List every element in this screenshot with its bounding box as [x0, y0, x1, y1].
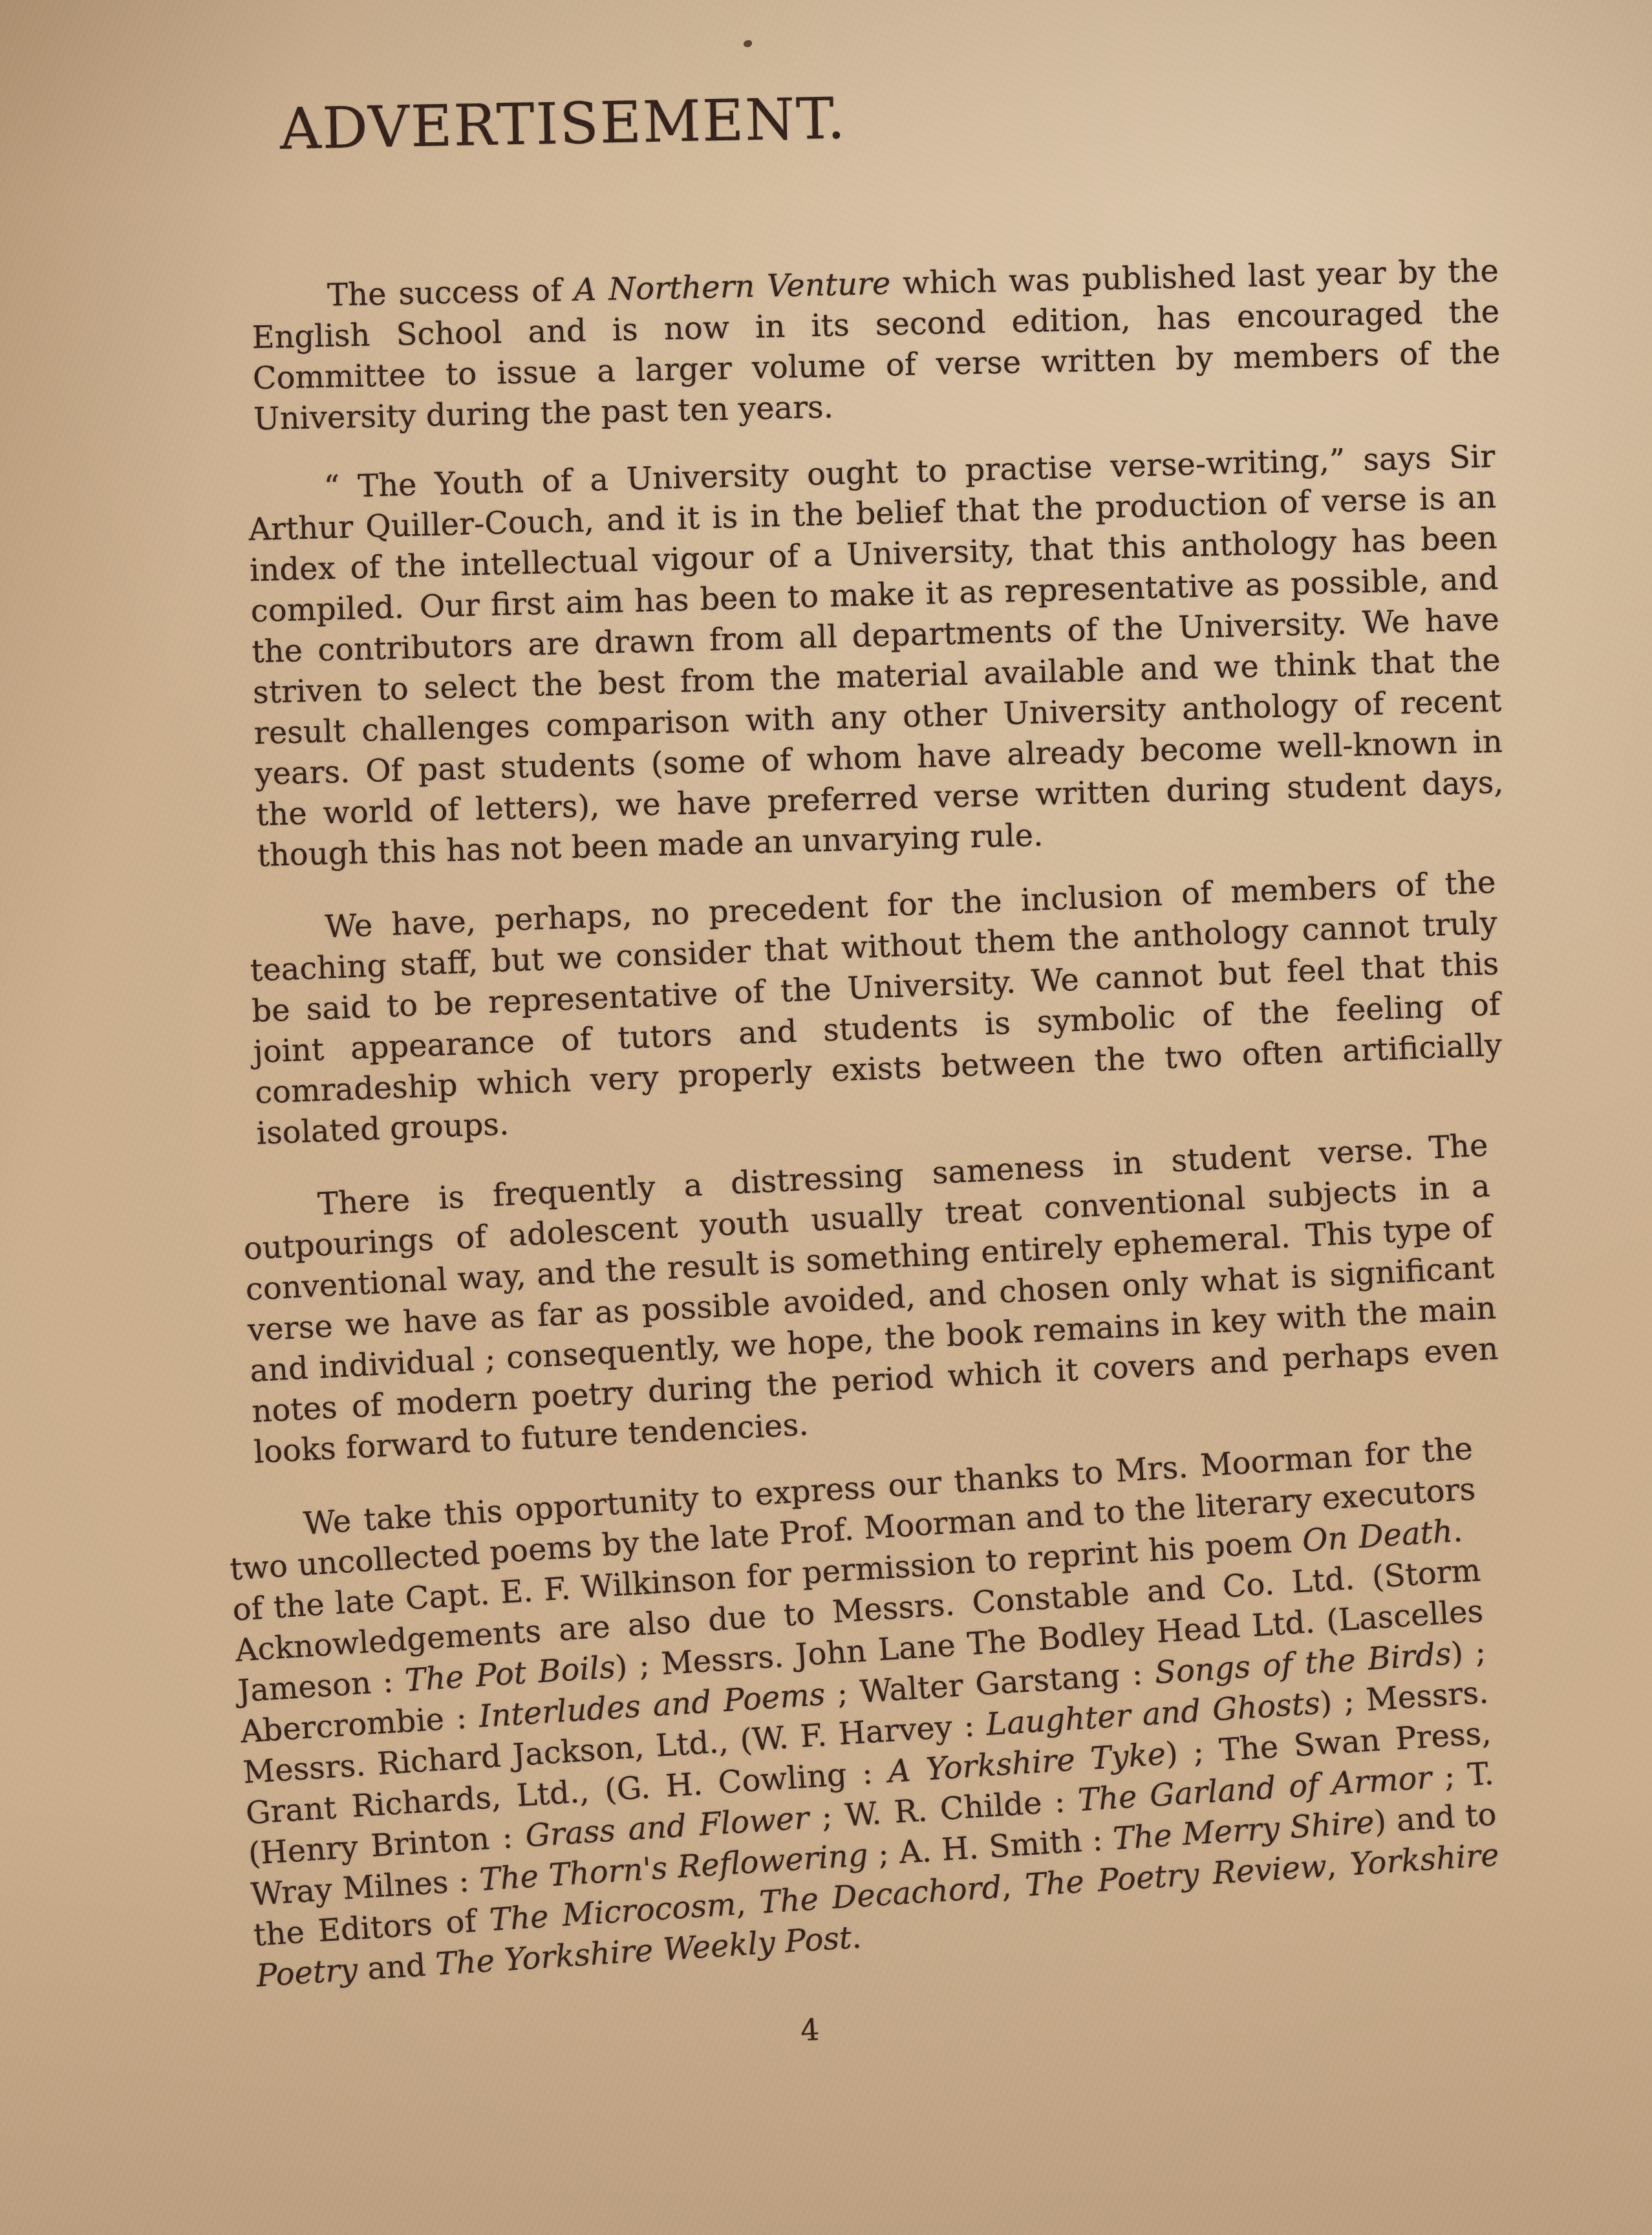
page-number: 4 [799, 2012, 820, 2048]
book-page: ADVERTISEMENT. The success of A Northern… [0, 0, 1652, 2235]
page-title: ADVERTISEMENT. [279, 85, 847, 162]
ink-speck [744, 40, 752, 47]
advertisement-text: The success of A Northern Venture which … [252, 264, 1500, 1982]
paragraph-1: The success of A Northern Venture which … [251, 251, 1502, 440]
paragraph-4: There is frequently a distressing samene… [241, 1125, 1501, 1473]
paragraph-5: We take this opportunity to express our … [226, 1429, 1503, 1997]
paragraph-3: We have, perhaps, no precedent for the i… [248, 862, 1504, 1154]
paragraph-2: “ The Youth of a University ought to pra… [247, 437, 1505, 876]
